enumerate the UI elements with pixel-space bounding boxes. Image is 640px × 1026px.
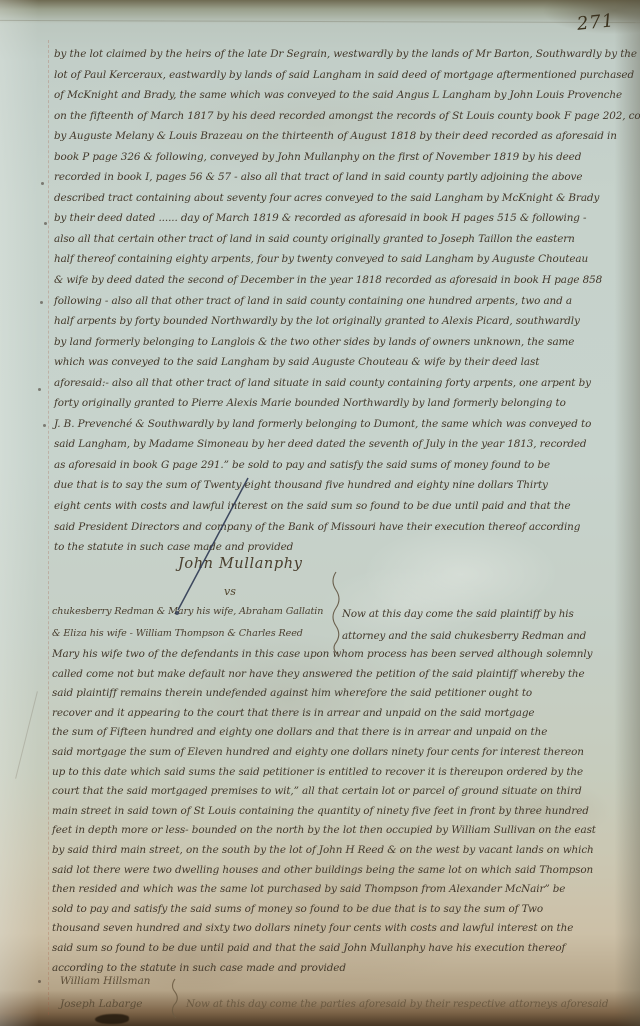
- manuscript-line: by land formerly belonging to Langlois &…: [54, 332, 614, 353]
- paper-crease: [0, 20, 640, 23]
- manuscript-line: by Auguste Melany & Louis Brazeau on the…: [54, 126, 614, 147]
- manuscript-line: thousand seven hundred and sixty two dol…: [52, 919, 612, 939]
- manuscript-line: sold to pay and satisfy the said sums of…: [52, 900, 612, 920]
- manuscript-line: described tract containing about seventy…: [54, 188, 614, 209]
- manuscript-line: attorney and the said chukesberry Redman…: [342, 625, 602, 647]
- manuscript-line: due that is to say the sum of Twenty eig…: [54, 475, 614, 496]
- manuscript-line: eight cents with costs and lawful intere…: [54, 496, 614, 517]
- manuscript-line: said lot there were two dwelling houses …: [52, 861, 612, 881]
- manuscript-line: main street in said town of St Louis con…: [52, 802, 612, 822]
- manuscript-line: by their deed dated ...... day of March …: [54, 208, 614, 229]
- manuscript-line: said Langham, by Madame Simoneau by her …: [54, 434, 614, 455]
- margin-mark: [44, 222, 47, 225]
- paper-crease: [15, 691, 38, 779]
- manuscript-line: the sum of Fifteen hundred and eighty on…: [52, 723, 612, 743]
- manuscript-line: of McKnight and Brady, the same which wa…: [54, 85, 614, 106]
- manuscript-line: said plaintiff remains therein undefende…: [52, 684, 612, 704]
- manuscript-line: then resided and which was the same lot …: [52, 880, 612, 900]
- margin-rule-line: [48, 40, 50, 1015]
- manuscript-line: said President Directors and company of …: [54, 517, 614, 538]
- continuation-text-block: by the lot claimed by the heirs of the l…: [54, 44, 614, 558]
- manuscript-line: on the fifteenth of March 1817 by his de…: [54, 106, 614, 127]
- case-caption-plaintiff: John Mullanphy: [178, 556, 303, 572]
- page-number: 271: [576, 10, 615, 35]
- case-caption-defendants: chukesberry Redman & Mary his wife, Abra…: [52, 601, 332, 645]
- entry-opening-line: Now at this day come the parties aforesa…: [186, 998, 608, 1010]
- manuscript-line: aforesaid:- also all that other tract of…: [54, 373, 614, 394]
- manuscript-line: J. B. Prevenché & Southwardly by land fo…: [54, 414, 614, 435]
- manuscript-line: recorded in book I, pages 56 & 57 - also…: [54, 167, 614, 188]
- margin-mark: [41, 182, 44, 185]
- manuscript-line: which was conveyed to the said Langham b…: [54, 352, 614, 373]
- margin-mark: [38, 980, 41, 983]
- manuscript-line: & wife by deed dated the second of Decem…: [54, 270, 614, 291]
- defendant-line: & Eliza his wife - William Thompson & Ch…: [52, 623, 332, 645]
- manuscript-line: Now at this day come the said plaintiff …: [342, 603, 602, 625]
- manuscript-line: forty originally granted to Pierre Alexi…: [54, 393, 614, 414]
- manuscript-line: recover and it appearing to the court th…: [52, 704, 612, 724]
- margin-mark: [43, 424, 46, 427]
- manuscript-line: called come not but make default nor hav…: [52, 665, 612, 685]
- manuscript-line: by the lot claimed by the heirs of the l…: [54, 44, 614, 65]
- case-caption-versus: vs: [224, 585, 236, 598]
- party-line: Joseph Labarge: [60, 993, 190, 1016]
- manuscript-line: up to this date which said sums the said…: [52, 763, 612, 783]
- case-caption-parties: William HillsmanJoseph Labarge: [60, 970, 190, 1016]
- manuscript-line: lot of Paul Kerceraux, eastwardly by lan…: [54, 65, 614, 86]
- manuscript-line: court that the said mortgaged premises t…: [52, 782, 612, 802]
- margin-mark: [40, 301, 43, 304]
- judgment-entry-start: Now at this day come the said plaintiff …: [342, 603, 602, 647]
- manuscript-line: to the statute in such case made and pro…: [54, 537, 614, 558]
- party-line: William Hillsman: [60, 970, 190, 993]
- manuscript-line: half thereof containing eighty arpents, …: [54, 249, 614, 270]
- manuscript-line: feet in depth more or less- bounded on t…: [52, 821, 612, 841]
- manuscript-line: as aforesaid in book G page 291.” be sol…: [54, 455, 614, 476]
- manuscript-line: also all that certain other tract of lan…: [54, 229, 614, 250]
- manuscript-line: book P page 326 & following, conveyed by…: [54, 147, 614, 168]
- manuscript-line: said mortgage the sum of Eleven hundred …: [52, 743, 612, 763]
- margin-mark: [38, 388, 41, 391]
- defendant-line: chukesberry Redman & Mary his wife, Abra…: [52, 601, 332, 623]
- manuscript-line: following - also all that other tract of…: [54, 291, 614, 312]
- manuscript-line: said sum so found to be due until paid a…: [52, 939, 612, 959]
- ink-blot-mark: [95, 1014, 129, 1024]
- manuscript-line: by said third main street, on the south …: [52, 841, 612, 861]
- manuscript-line: half arpents by forty bounded Northwardl…: [54, 311, 614, 332]
- judgment-text-block: Mary his wife two of the defendants in t…: [52, 645, 612, 978]
- manuscript-page: 271 by the lot claimed by the heirs of t…: [0, 0, 640, 1026]
- manuscript-line: Mary his wife two of the defendants in t…: [52, 645, 612, 665]
